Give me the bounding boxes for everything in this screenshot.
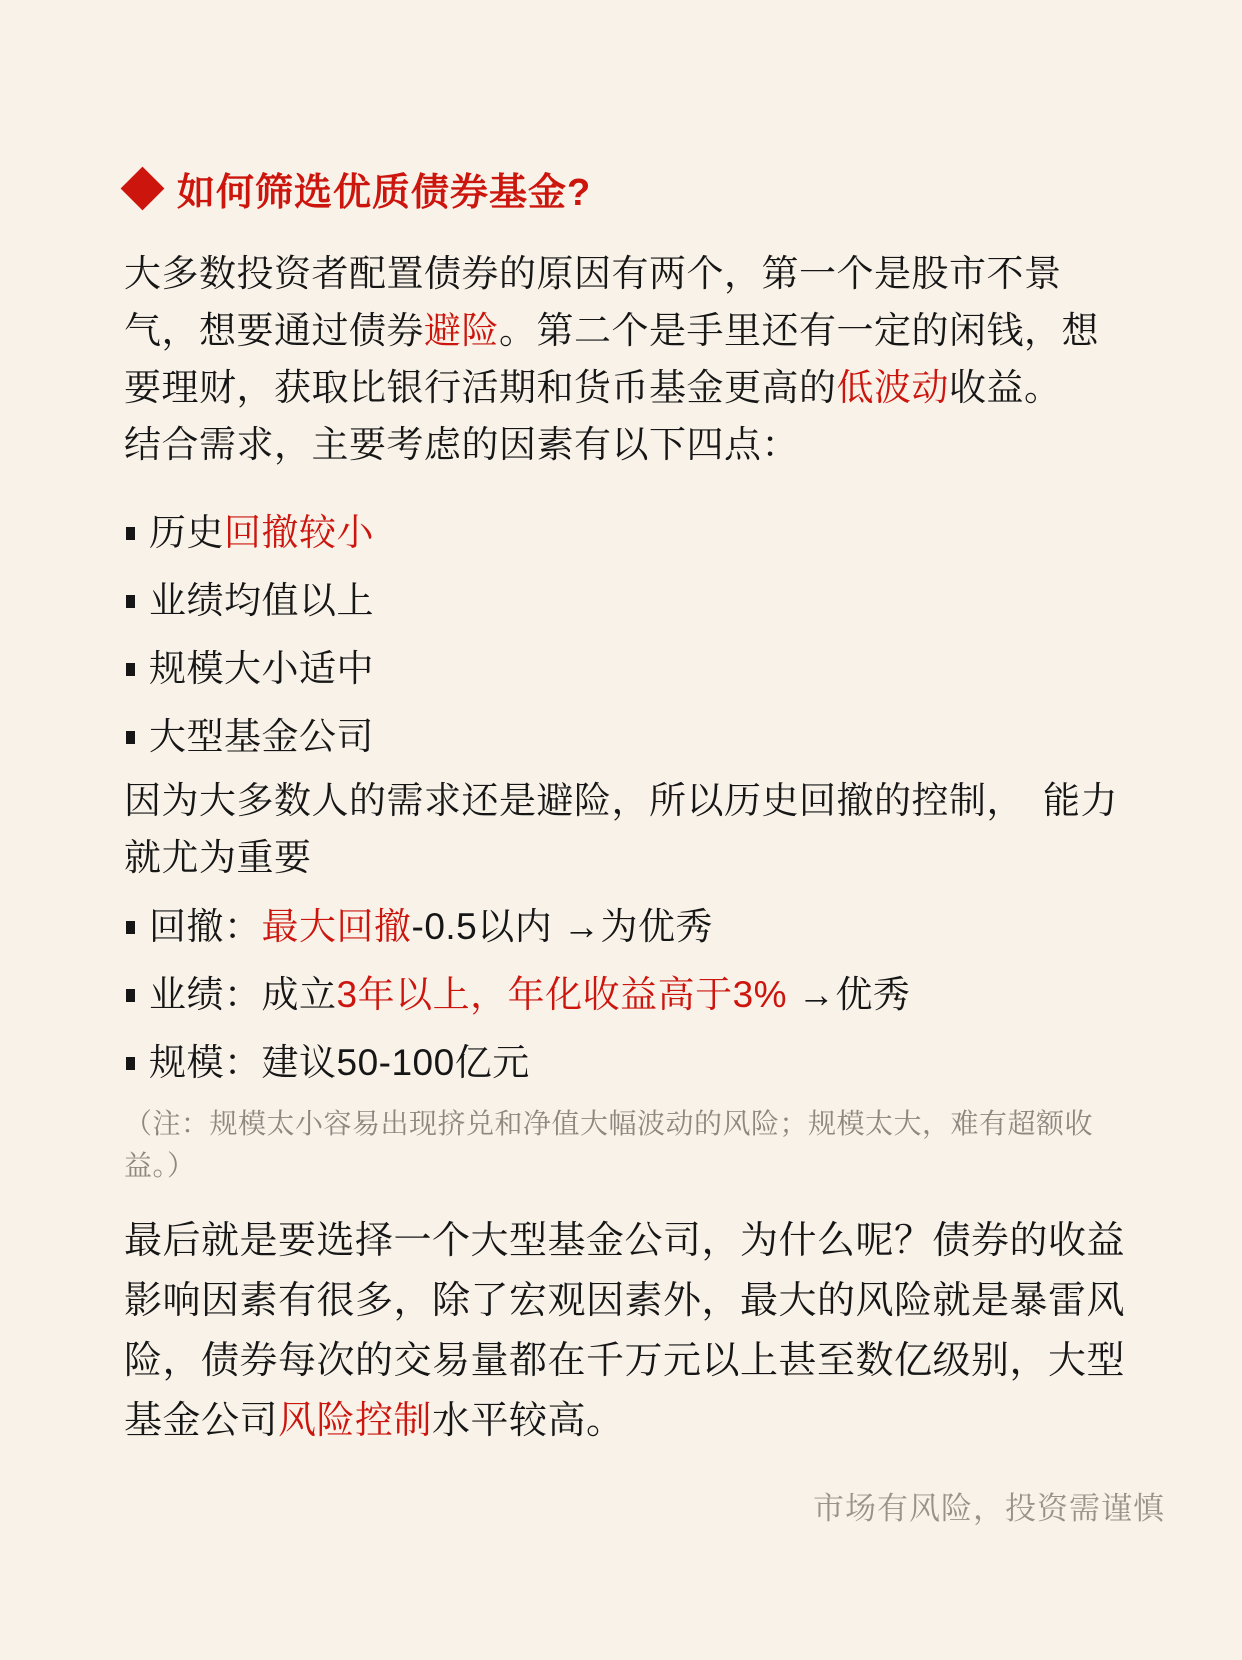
list-item: 规模大小适中: [124, 635, 1128, 703]
bullet-icon: [126, 595, 135, 608]
bullet-icon: [126, 663, 135, 676]
criteria-item-text: 业绩：成立3年以上，年化收益高于3% →优秀: [149, 961, 910, 1029]
section-header: 如何筛选优质债券基金?: [124, 165, 1128, 211]
bullet-icon: [126, 921, 135, 934]
list-item: 大型基金公司: [124, 703, 1128, 771]
list-item: 业绩均值以上: [124, 567, 1128, 635]
bullet-icon: [126, 989, 135, 1002]
list-item: 回撤：最大回撤-0.5以内 →为优秀: [124, 893, 1128, 961]
infographic-page: 如何筛选优质债券基金? 大多数投资者配置债券的原因有两个，第一个是股市不景 气，…: [0, 0, 1242, 1660]
factors-lead-line: 结合需求，主要考虑的因素有以下四点：: [124, 416, 1128, 473]
bullet-icon: [126, 527, 135, 540]
bullet-icon: [126, 731, 135, 744]
criteria-list: 回撤：最大回撤-0.5以内 →为优秀 业绩：成立3年以上，年化收益高于3% →优…: [124, 893, 1128, 1097]
page-title: 如何筛选优质债券基金?: [177, 161, 591, 216]
red-diamond-icon: [121, 166, 165, 210]
factor-item-text: 规模大小适中: [149, 635, 374, 703]
note-line: （注：规模太小容易出现挤兑和净值大幅波动的风险；规模太大，难有超额收益。）: [124, 1103, 1128, 1187]
criteria-item-text: 回撤：最大回撤-0.5以内 →为优秀: [149, 893, 713, 961]
list-item: 业绩：成立3年以上，年化收益高于3% →优秀: [124, 961, 1128, 1029]
list-item: 历史回撤较小: [124, 499, 1128, 567]
disclaimer-text: 市场有风险，投资需谨慎: [813, 1483, 1165, 1528]
bullet-icon: [126, 1057, 135, 1070]
factor-item-text: 大型基金公司: [149, 703, 374, 771]
factor-item-text: 历史回撤较小: [149, 499, 374, 567]
list-item: 规模：建议50-100亿元: [124, 1029, 1128, 1097]
article-body: 如何筛选优质债券基金? 大多数投资者配置债券的原因有两个，第一个是股市不景 气，…: [124, 165, 1128, 1451]
criteria-item-text: 规模：建议50-100亿元: [149, 1029, 530, 1097]
factor-item-text: 业绩均值以上: [149, 567, 374, 635]
conclusion-paragraph: 最后就是要选择一个大型基金公司，为什么呢？债券的收益 影响因素有很多，除了宏观因…: [124, 1211, 1128, 1451]
reason-paragraph: 因为大多数人的需求还是避险，所以历史回撤的控制， 能力 就尤为重要: [124, 772, 1128, 886]
intro-paragraph: 大多数投资者配置债券的原因有两个，第一个是股市不景 气，想要通过债券避险。第二个…: [124, 245, 1128, 416]
factor-list: 历史回撤较小 业绩均值以上 规模大小适中 大型基金公司: [124, 499, 1128, 771]
